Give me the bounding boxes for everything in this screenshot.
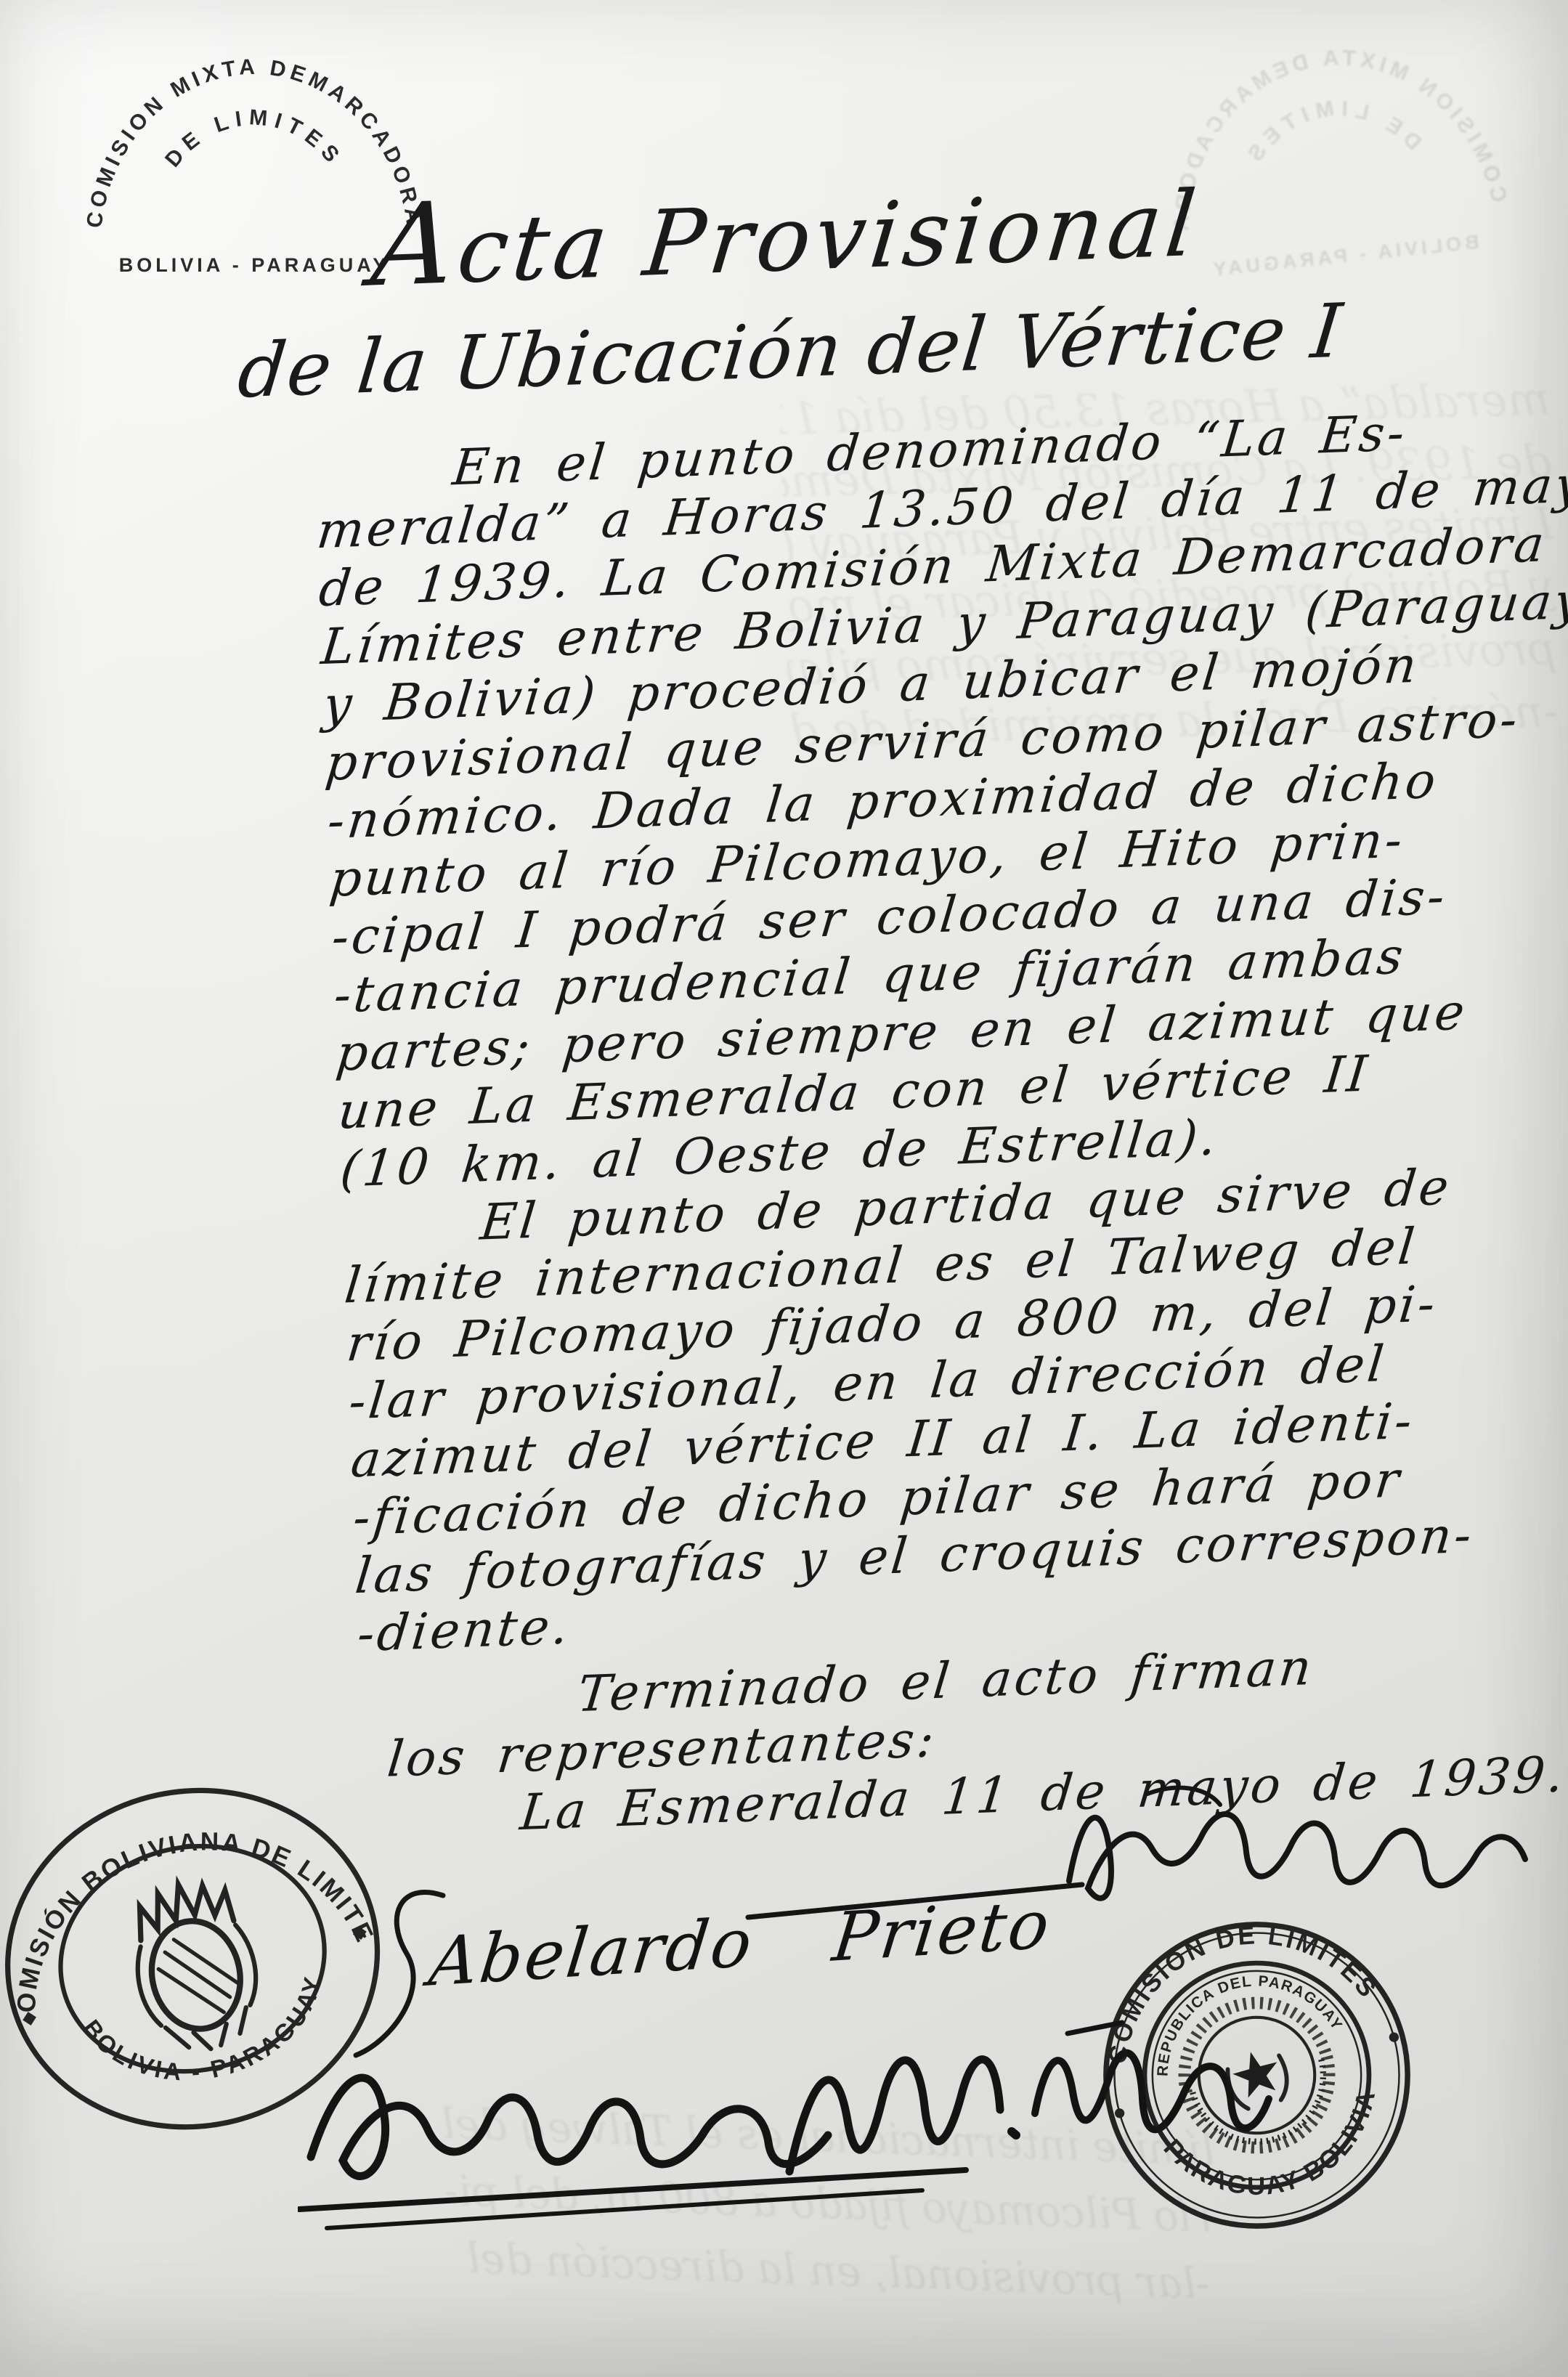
scanned-document-page: COMISION MIXTA DEMARCADORA DE LIMITES BO…: [0, 0, 1568, 2377]
dot-separator-icon: [1114, 2108, 1126, 2119]
svg-text:PARAGUAY-BOLIVIA: PARAGUAY-BOLIVIA: [1155, 2081, 1401, 2227]
diamond-dot-icon: [23, 2012, 36, 2025]
round-stamp-bottom-text: PARAGUAY-BOLIVIA: [1155, 2081, 1401, 2227]
letterhead-arc-text-2: DE LIMITES: [161, 105, 348, 171]
star-icon: [1228, 2046, 1284, 2100]
coat-of-arms-icon: [121, 1872, 269, 2060]
document-body: En el punto denominado “La Es- meralda” …: [318, 399, 1568, 1848]
signature-scrawl-right: [741, 1765, 1554, 1939]
dot-separator-icon: [1388, 2031, 1400, 2043]
svg-text:DE LIMITES: DE LIMITES: [161, 105, 348, 171]
